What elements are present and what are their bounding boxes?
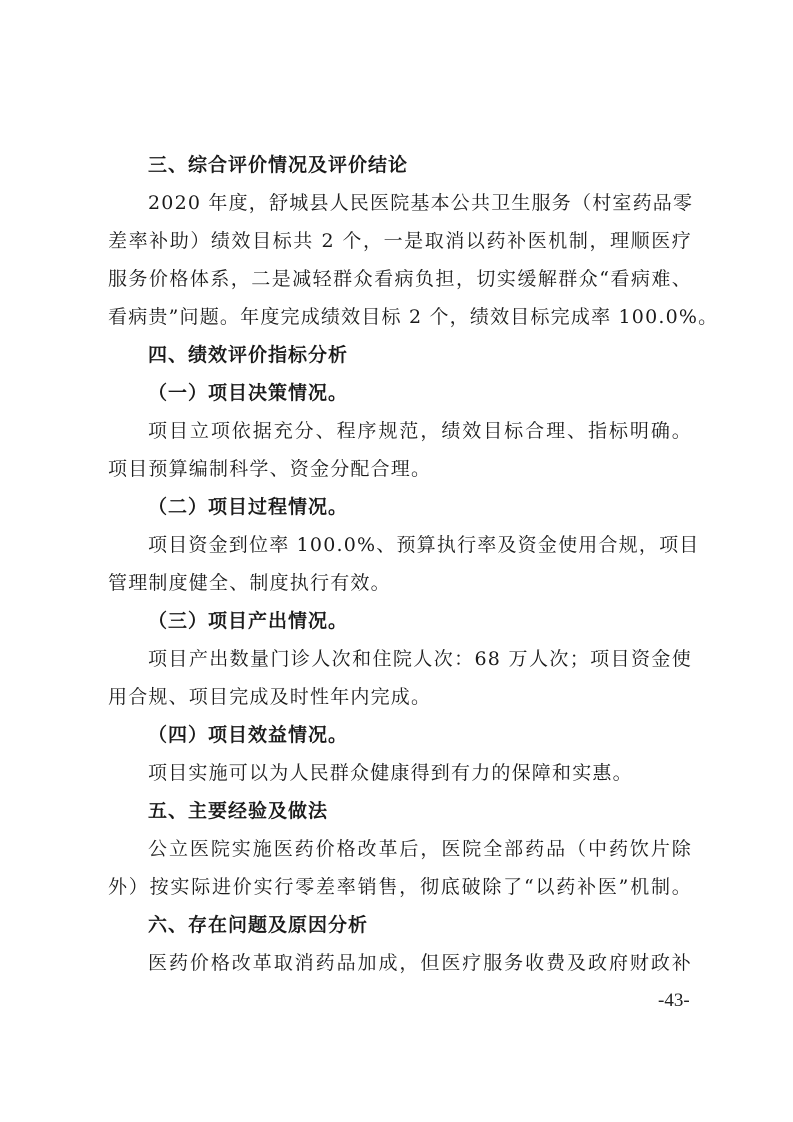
document-page: 三、综合评价情况及评价结论2020 年度，舒城县人民医院基本公共卫生服务（村室药… — [0, 0, 793, 1122]
paragraph-line: 看病贵”问题。年度完成绩效目标 2 个，绩效目标完成率 100.0%。 — [108, 304, 692, 330]
paragraph-line: 项目实施可以为人民群众健康得到有力的保障和实惠。 — [148, 760, 692, 786]
paragraph-line: 项目立项依据充分、程序规范，绩效目标合理、指标明确。 — [148, 418, 692, 444]
section-heading: 五、主要经验及做法 — [148, 798, 692, 824]
paragraph-line: 项目预算编制科学、资金分配合理。 — [108, 456, 692, 482]
section-heading: （三）项目产出情况。 — [148, 608, 692, 634]
paragraph-line: 项目产出数量门诊人次和住院人次：68 万人次；项目资金使 — [148, 646, 692, 672]
section-heading: 六、存在问题及原因分析 — [148, 912, 692, 938]
section-heading: （四）项目效益情况。 — [148, 722, 692, 748]
paragraph-line: 项目资金到位率 100.0%、预算执行率及资金使用合规，项目 — [148, 532, 692, 558]
paragraph-line: 管理制度健全、制度执行有效。 — [108, 570, 692, 596]
paragraph-line: 用合规、项目完成及时性年内完成。 — [108, 684, 692, 710]
paragraph-line: 服务价格体系，二是减轻群众看病负担，切实缓解群众“看病难、 — [108, 266, 692, 292]
section-heading: 三、综合评价情况及评价结论 — [148, 152, 692, 178]
paragraph-line: 差率补助）绩效目标共 2 个，一是取消以药补医机制，理顺医疗 — [108, 228, 692, 254]
section-heading: （一）项目决策情况。 — [148, 380, 692, 406]
paragraph-line: 2020 年度，舒城县人民医院基本公共卫生服务（村室药品零 — [148, 190, 692, 216]
section-heading: （二）项目过程情况。 — [148, 494, 692, 520]
page-number: -43- — [658, 990, 690, 1012]
section-heading: 四、绩效评价指标分析 — [148, 342, 692, 368]
paragraph-line: 医药价格改革取消药品加成，但医疗服务收费及政府财政补 — [148, 950, 692, 976]
paragraph-line: 外）按实际进价实行零差率销售，彻底破除了“以药补医”机制。 — [108, 874, 692, 900]
paragraph-line: 公立医院实施医药价格改革后，医院全部药品（中药饮片除 — [148, 836, 692, 862]
